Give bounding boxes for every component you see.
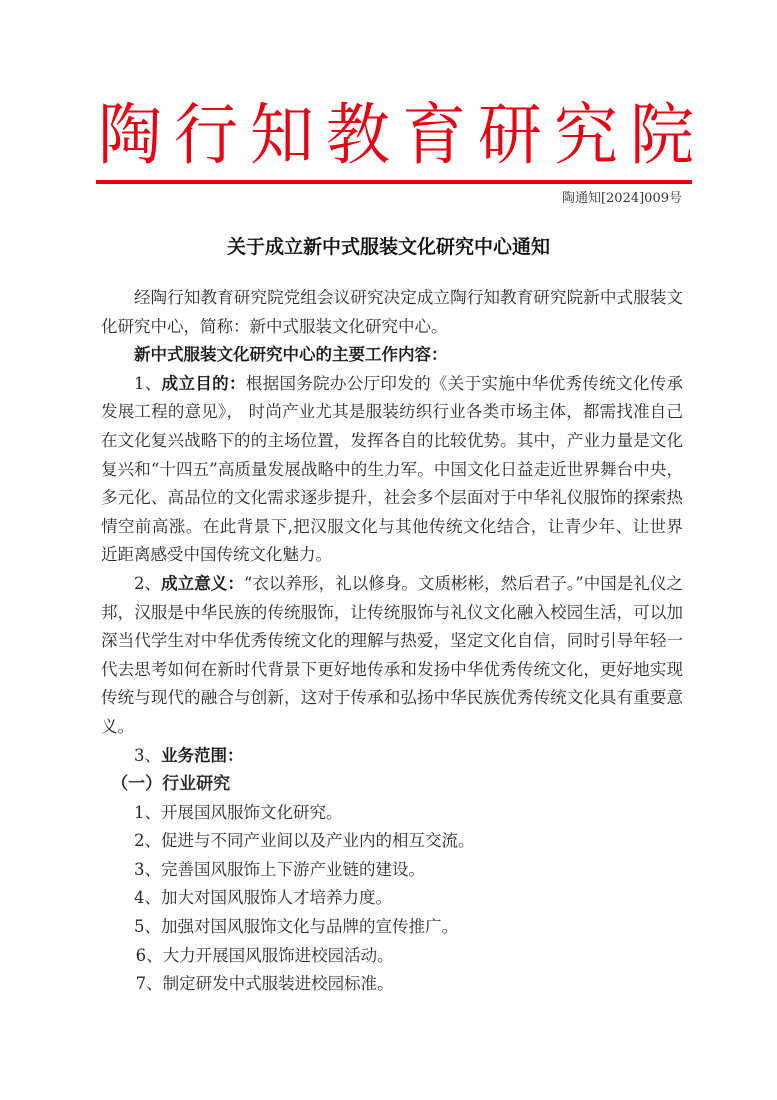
purpose-paragraph: 1、成立目的：根据国务院办公厅印发的《关于实施中华优秀传统文化传承发展工程的意见…	[101, 370, 683, 570]
significance-paragraph: 2、成立意义：“衣以养形，礼以修身。文质彬彬，然后君子。”中国是礼仪之邦，汉服是…	[101, 570, 683, 742]
masthead-char: 教	[324, 96, 392, 176]
masthead-char: 陶	[96, 96, 164, 176]
purpose-text: 根据国务院办公厅印发的《关于实施中华优秀传统文化传承发展工程的意见》， 时尚产业…	[101, 374, 683, 565]
scope-label: 业务范围：	[161, 746, 244, 765]
list-item: 4、加大对国风服饰人才培养力度。	[101, 884, 683, 913]
list-item: 5、加强对国风服饰文化与品牌的宣传推广。	[101, 913, 683, 942]
significance-number: 2、	[134, 574, 161, 593]
significance-text: “衣以养形，礼以修身。文质彬彬，然后君子。”中国是礼仪之邦，汉服是中华民族的传统…	[101, 574, 683, 736]
scope-heading: 3、业务范围：	[101, 742, 683, 771]
document-page: 陶 行 知 教 育 研 究 院 陶通知[2024]009号 关于成立新中式服装文…	[0, 0, 777, 1100]
list-item: 7、制定研发中式服装进校园标准。	[101, 970, 683, 999]
purpose-label: 成立目的：	[162, 374, 246, 393]
document-title: 关于成立新中式服装文化研究中心通知	[0, 232, 777, 259]
document-body: 经陶行知教育研究院党组会议研究决定成立陶行知教育研究院新中式服装文化研究中心，简…	[101, 284, 683, 999]
masthead-title: 陶 行 知 教 育 研 究 院	[96, 98, 696, 174]
list-item: 2、促进与不同产业间以及产业内的相互交流。	[101, 827, 683, 856]
significance-label: 成立意义：	[161, 574, 244, 593]
intro-paragraph: 经陶行知教育研究院党组会议研究决定成立陶行知教育研究院新中式服装文化研究中心，简…	[101, 284, 683, 341]
document-number: 陶通知[2024]009号	[562, 187, 682, 206]
masthead-char: 究	[552, 96, 620, 176]
masthead-char: 研	[476, 96, 544, 176]
masthead-char: 行	[172, 96, 240, 176]
scope-number: 3、	[134, 746, 161, 765]
masthead-char: 院	[628, 96, 696, 176]
list-item: 3、完善国风服饰上下游产业链的建设。	[101, 856, 683, 885]
section-one-heading: （一）行业研究	[101, 770, 683, 799]
main-work-heading: 新中式服装文化研究中心的主要工作内容：	[101, 341, 683, 370]
masthead-char: 育	[400, 96, 468, 176]
masthead-char: 知	[248, 96, 316, 176]
list-item: 1、开展国风服饰文化研究。	[101, 799, 683, 828]
red-divider-line	[96, 180, 692, 184]
list-item: 6、大力开展国风服饰进校园活动。	[101, 942, 683, 971]
purpose-number: 1、	[134, 374, 162, 393]
